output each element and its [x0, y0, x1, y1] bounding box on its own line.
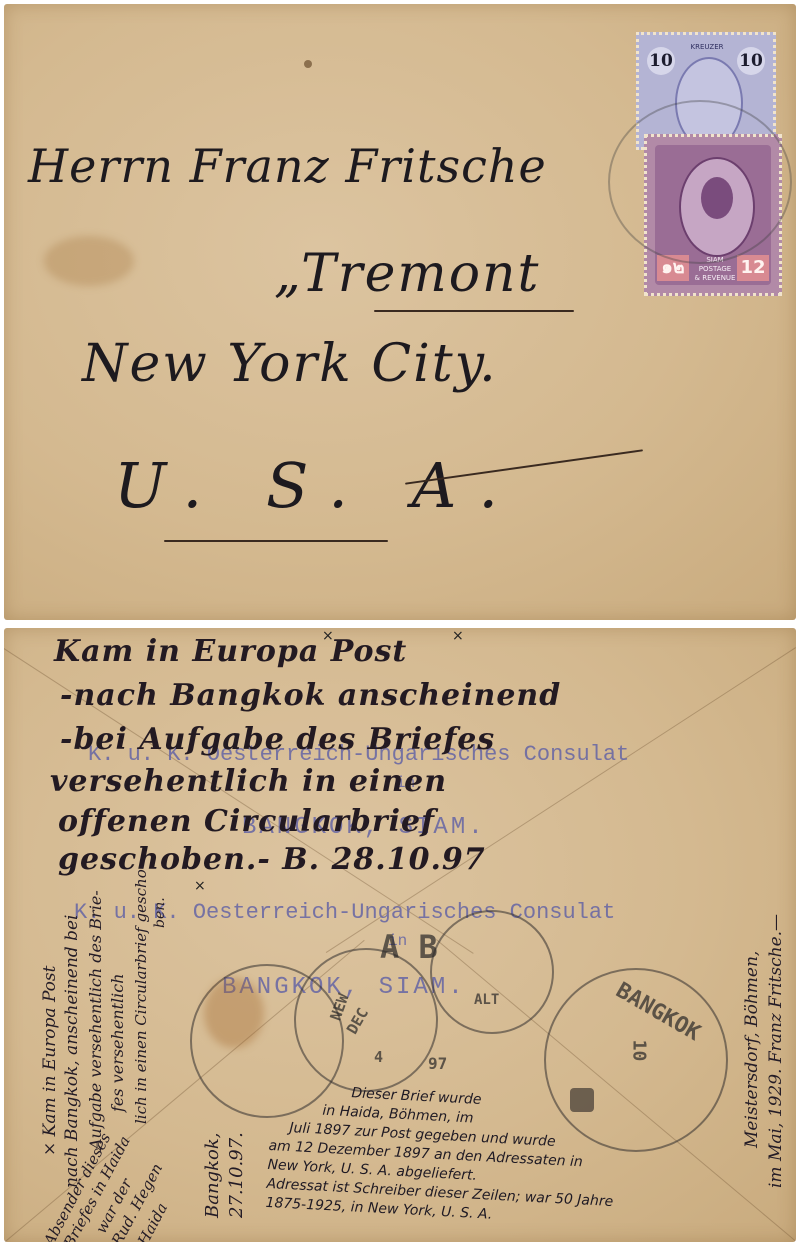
right-note-line: Meistersdorf, Böhmen,: [742, 951, 762, 1148]
handwritten-note-line: offenen Circularbrief: [58, 804, 435, 839]
postmark-day: 4: [374, 1048, 383, 1066]
bangkok-postmark-number: 10: [628, 1040, 649, 1062]
registration-letters: A B: [380, 928, 438, 966]
vertical-note-line: Aufgabe versehentlich des Brie-: [86, 890, 105, 1150]
envelope-back: × × × K. u. K. Oesterreich-Ungarisches C…: [4, 628, 796, 1242]
postmark-year: 97: [428, 1054, 447, 1073]
handwritten-note-line: -bei Aufgabe des Briefes: [60, 722, 495, 757]
vertical-note-line: fes versehentlich: [108, 973, 127, 1112]
address-underline: [374, 310, 574, 312]
handwritten-note-line: Kam in Europa Post: [54, 634, 407, 669]
ink-spot: [304, 60, 312, 68]
handwritten-note-line: versehentlich in einen: [50, 764, 447, 799]
date-note-line: Bangkok,: [202, 1133, 223, 1218]
stamp-value-left: 10: [647, 47, 675, 75]
vertical-note-line: nach Bangkok, anscheinend bei: [62, 915, 82, 1188]
envelope-front: Herrn Franz Fritsche „Tremont New York C…: [4, 4, 796, 620]
water-stain: [204, 978, 264, 1048]
water-stain: [44, 236, 134, 286]
bottom-note: Dieser Brief wurde in Haida, Böhmen, im …: [265, 1080, 619, 1231]
vertical-note-line: ben.: [152, 897, 168, 928]
date-note-line: 27.10.97.: [226, 1132, 247, 1218]
registration-sub: ALT: [474, 992, 499, 1008]
country-underline: [164, 540, 388, 542]
stamp-value-right: 10: [737, 47, 765, 75]
stamp-value-arabic: 12: [737, 255, 769, 281]
x-mark: ×: [194, 878, 206, 894]
handwritten-note-line: -nach Bangkok anscheinend: [60, 678, 561, 713]
address-building: „Tremont: [274, 244, 540, 304]
cancellation-postmark: [608, 100, 792, 264]
stamp-denomination-label: KREUZER: [683, 43, 731, 51]
right-note-line: im Mai, 1929. Franz Fritsche.—: [766, 914, 786, 1188]
address-recipient: Herrn Franz Fritsche: [28, 139, 547, 193]
handwritten-note-line: geschoben.- B. 28.10.97: [58, 842, 486, 877]
address-city: New York City.: [82, 334, 498, 394]
registration-postmark-ring: [430, 910, 554, 1034]
address-country: U. S. A.: [114, 449, 520, 522]
x-mark: ×: [452, 628, 464, 644]
vertical-note-line: × Kam in Europa Post: [40, 966, 60, 1156]
vertical-note-line: lich in einen Circularbrief gescho-: [132, 864, 150, 1124]
